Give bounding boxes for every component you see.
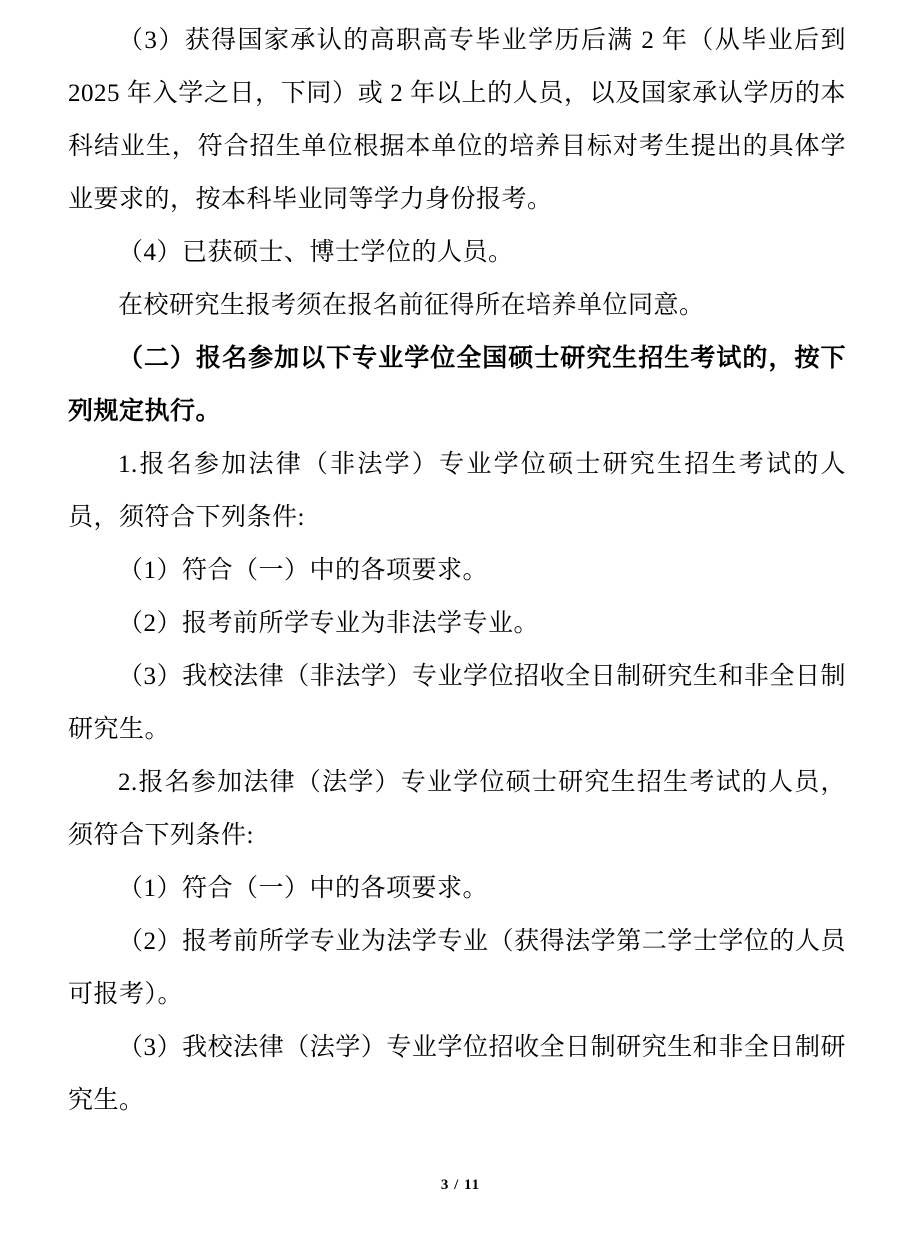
page-footer: 3 / 11 bbox=[0, 1176, 921, 1194]
paragraph-item1-law-nonlaw-intro: 1.报名参加法律（非法学）专业学位硕士研究生招生考试的人员，须符合下列条件: bbox=[68, 438, 846, 544]
document-text-block: （3）获得国家承认的高职高专毕业学历后满 2 年（从毕业后到 2025 年入学之… bbox=[68, 14, 846, 1127]
paragraph-item1-condition-1: （1）符合（一）中的各项要求。 bbox=[68, 544, 846, 597]
paragraph-item1-condition-3: （3）我校法律（非法学）专业学位招收全日制研究生和非全日制研究生。 bbox=[68, 650, 846, 756]
document-page: （3）获得国家承认的高职高专毕业学历后满 2 年（从毕业后到 2025 年入学之… bbox=[0, 0, 921, 1252]
paragraph-item1-condition-2: （2）报考前所学专业为非法学专业。 bbox=[68, 597, 846, 650]
section-heading-2-professional-degree: （二）报名参加以下专业学位全国硕士研究生招生考试的，按下列规定执行。 bbox=[68, 332, 846, 438]
paragraph-current-grad-students-consent: 在校研究生报考须在报名前征得所在培养单位同意。 bbox=[68, 279, 846, 332]
paragraph-item2-condition-3: （3）我校法律（法学）专业学位招收全日制研究生和非全日制研究生。 bbox=[68, 1021, 846, 1127]
paragraph-4-master-doctor-degree: （4）已获硕士、博士学位的人员。 bbox=[68, 226, 846, 279]
paragraph-item2-condition-1: （1）符合（一）中的各项要求。 bbox=[68, 862, 846, 915]
paragraph-3-equivalent-qualification: （3）获得国家承认的高职高专毕业学历后满 2 年（从毕业后到 2025 年入学之… bbox=[68, 14, 846, 226]
paragraph-item2-law-intro: 2.报名参加法律（法学）专业学位硕士研究生招生考试的人员，须符合下列条件: bbox=[68, 756, 846, 862]
paragraph-item2-condition-2: （2）报考前所学专业为法学专业（获得法学第二学士学位的人员可报考）。 bbox=[68, 915, 846, 1021]
page-number: 3 / 11 bbox=[441, 1177, 480, 1193]
